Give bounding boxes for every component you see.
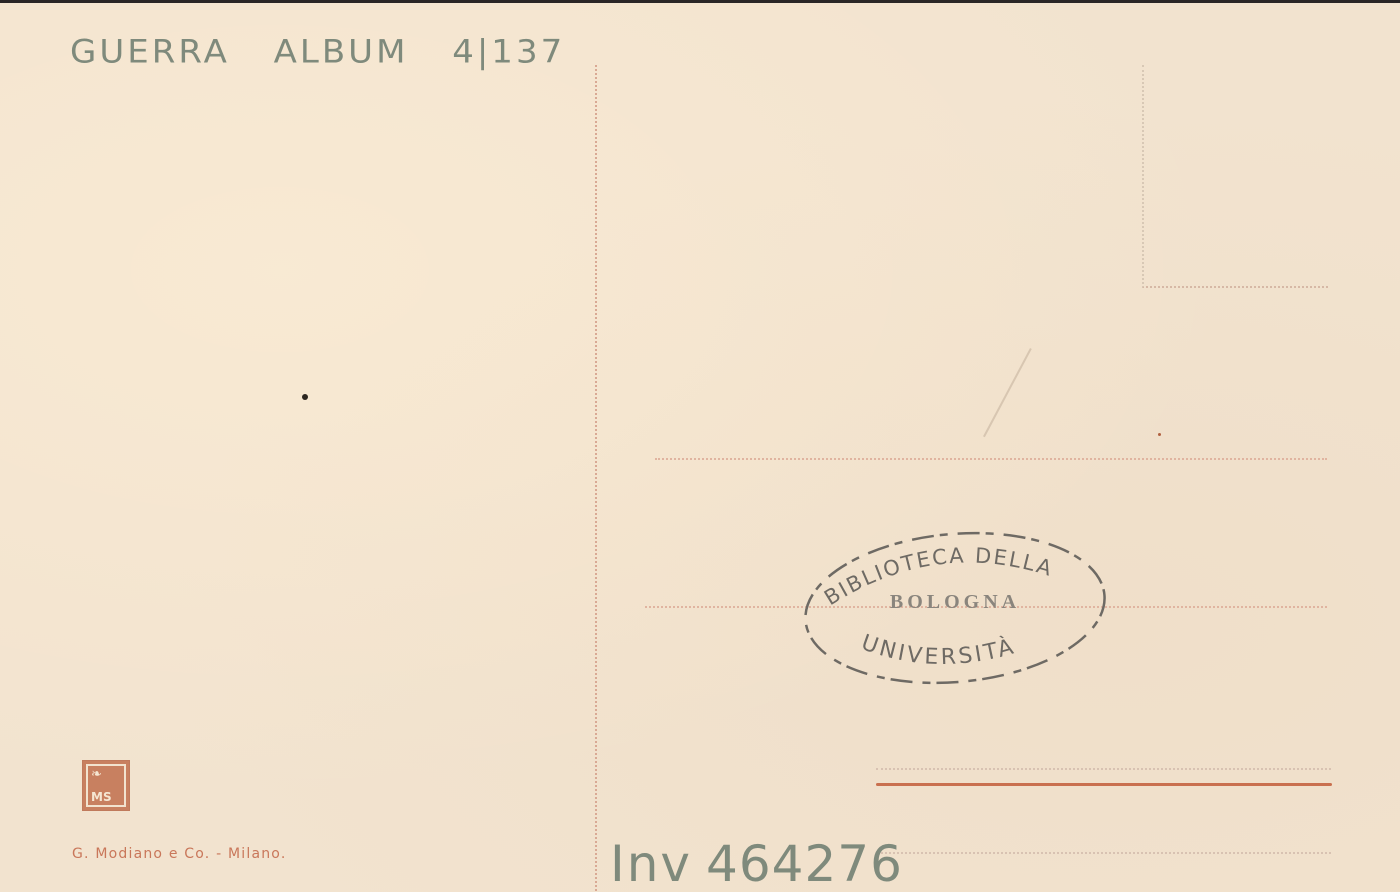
- postcard-back: GUERRA ALBUM 4|137 BIBLIOTECA DELLA UNIV…: [0, 3, 1400, 892]
- stamp-bottom-text: UNIVERSITÀ: [858, 630, 1019, 670]
- handwritten-album-note: GUERRA ALBUM 4|137: [70, 33, 565, 71]
- inventory-number-note: Inv464276: [610, 835, 903, 892]
- paper-scratch: [983, 348, 1032, 437]
- postage-stamp-box: [1142, 65, 1328, 288]
- note-album-number: 4|137: [452, 33, 565, 71]
- ink-speck: [302, 394, 308, 400]
- inventory-number: 464276: [706, 835, 903, 892]
- address-underline: [876, 783, 1332, 786]
- svg-text:UNIVERSITÀ: UNIVERSITÀ: [858, 630, 1019, 670]
- publisher-logo: ❧ MS: [82, 760, 130, 811]
- address-line-1: [655, 458, 1327, 460]
- ink-speck: [1158, 433, 1161, 436]
- logo-emblem-icon: ❧: [91, 768, 102, 782]
- stamp-middle-text: BOLOGNA: [800, 591, 1110, 614]
- address-line-3: [876, 768, 1331, 770]
- address-line-4: [876, 852, 1331, 854]
- publisher-imprint: G. Modiano e Co. - Milano.: [72, 846, 286, 862]
- note-word-guerra: GUERRA: [70, 33, 230, 71]
- library-stamp: BIBLIOTECA DELLA UNIVERSITÀ BOLOGNA: [800, 528, 1110, 688]
- note-word-album: ALBUM: [274, 33, 409, 71]
- message-address-divider: [595, 65, 597, 892]
- inventory-label: Inv: [610, 835, 692, 892]
- logo-initials: MS: [91, 791, 112, 804]
